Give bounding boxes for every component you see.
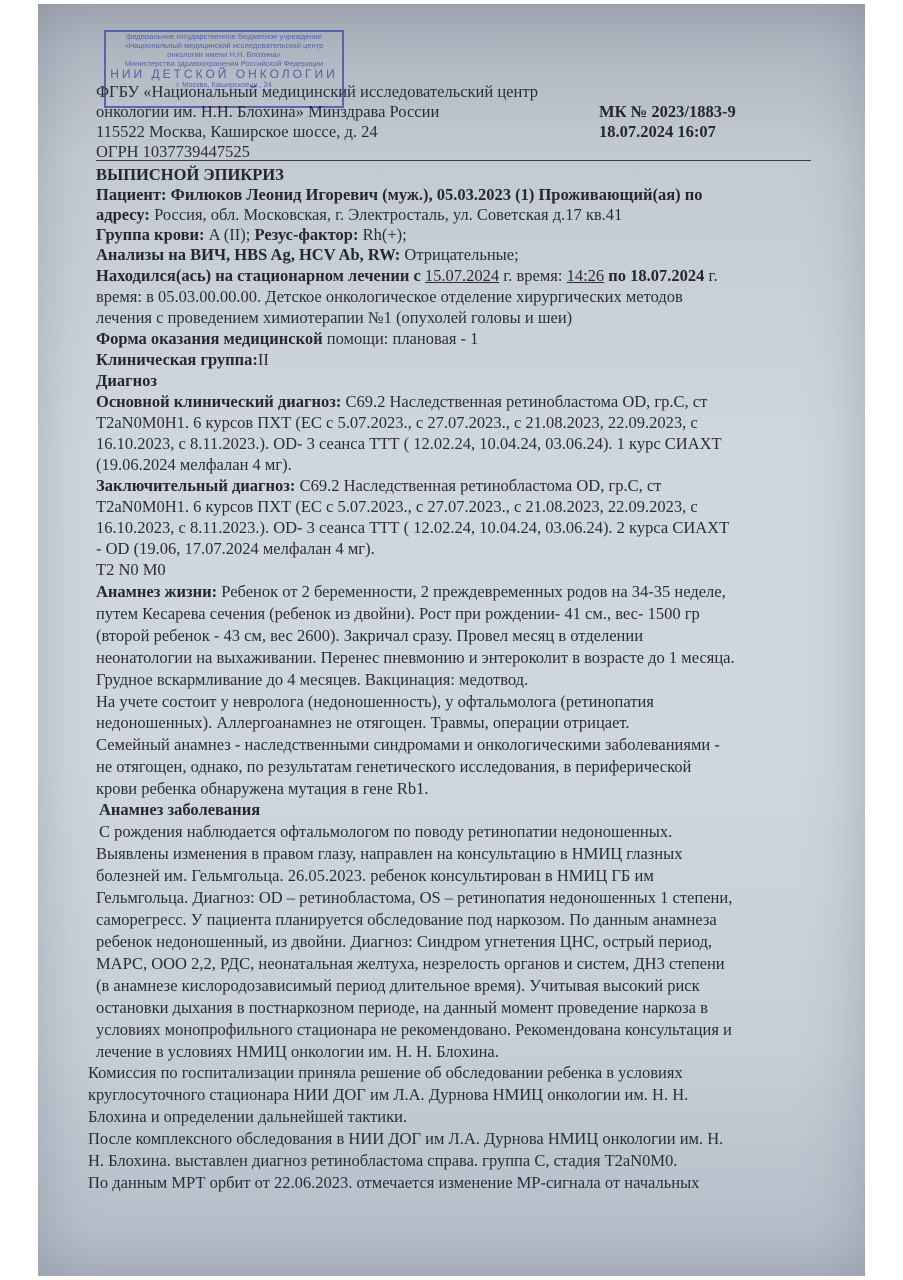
blood-label: Группа крови: (96, 225, 205, 244)
main-diagnosis-text: С69.2 Наследственная ретинобластома OD, … (341, 392, 707, 411)
org-name-line2: онкологии им. Н.Н. Блохина» Минздрава Ро… (96, 102, 439, 122)
stay-label: Находился(ась) на стационарном лечении с (96, 266, 421, 285)
life-history-text: крови ребенка обнаружена мутация в гене … (96, 779, 429, 799)
life-history-text: (второй ребенок - 43 см, вес 2600). Закр… (96, 626, 643, 646)
stamp-line: федеральное государственное бюджетное уч… (106, 32, 342, 41)
disease-history-text: Н. Блохина. выставлен диагноз ретиноблас… (88, 1151, 677, 1171)
care-form-line: Форма оказания медицинской помощи: плано… (96, 329, 478, 349)
life-history-text: не отягощен, однако, по результатам гене… (96, 757, 691, 777)
stay-line: Находился(ась) на стационарном лечении с… (96, 266, 718, 286)
final-diagnosis-text: С69.2 Наследственная ретинобластома OD, … (295, 476, 661, 495)
org-name-line1: ФГБУ «Национальный медицинский исследова… (96, 82, 538, 102)
final-diagnosis-label: Заключительный диагноз: (96, 476, 295, 495)
life-history-line: Анамнез жизни: Ребенок от 2 беременности… (96, 582, 726, 602)
org-ogrn: ОГРН 1037739447525 (96, 142, 250, 162)
stay-to-suffix: г. (704, 266, 717, 285)
address-value: Россия, обл. Московская, г. Электросталь… (150, 205, 622, 224)
disease-history-text: С рождения наблюдается офтальмологом по … (99, 822, 672, 842)
final-diagnosis-text: - OD (19.06, 17.07.2024 мелфалан 4 мг). (96, 539, 375, 559)
stay-time-label: г. время: (499, 266, 566, 285)
main-diagnosis-line: Основной клинический диагноз: С69.2 Насл… (96, 392, 707, 412)
disease-history-text: ребенок недоношенный, из двойни. Диагноз… (96, 932, 712, 952)
stay-from-time: 14:26 (567, 266, 605, 285)
life-history-label: Анамнез жизни: (96, 582, 217, 601)
org-address: 115522 Москва, Каширское шоссе, д. 24 (96, 122, 378, 142)
care-form-label: Форма оказания медицинской (96, 329, 323, 348)
final-diagnosis-text: 16.10.2023, с 8.11.2023.). OD- 3 сеанса … (96, 518, 729, 538)
blood-value: A (II); (205, 225, 251, 244)
disease-history-text: (в анамнезе кислородозависимый период дл… (96, 976, 700, 996)
main-diagnosis-label2: диагноз: (274, 392, 342, 411)
rh-value: Rh(+); (358, 225, 406, 244)
life-history-text: путем Кесарева сечения (ребенок из двойн… (96, 604, 700, 624)
blood-line: Группа крови: A (II); Резус-фактор: Rh(+… (96, 225, 407, 245)
life-history-text: Семейный анамнез - наследственными синдр… (96, 735, 720, 755)
stamp-line: онкологии имени Н.Н. Блохина» (106, 50, 342, 59)
disease-history-text: круглосуточного стационара НИИ ДОГ им Л.… (88, 1085, 688, 1105)
disease-history-text: Комиссия по госпитализации приняла решен… (88, 1063, 683, 1083)
diagnosis-heading: Диагноз (96, 371, 157, 391)
disease-history-text: болезней им. Гельмгольца. 26.05.2023. ре… (96, 866, 654, 886)
care-form-value: помощи: плановая - 1 (323, 329, 479, 348)
disease-history-text: условиях монопрофильного стационара не р… (96, 1020, 732, 1040)
life-history-text: недоношенных). Аллергоанамнез не отягоще… (96, 713, 630, 733)
stay-from-date: 15.07.2024 (425, 266, 499, 285)
document-datetime: 18.07.2024 16:07 (599, 122, 716, 142)
life-history-text: неонатологии на выхаживании. Перенес пне… (96, 648, 735, 668)
tests-label: Анализы на ВИЧ, HBS Ag, HCV Ab, RW: (96, 245, 400, 264)
main-diagnosis-text: (19.06.2024 мелфалан 4 мг). (96, 455, 292, 475)
disease-history-text: остановки дыхания в постнаркозном период… (96, 998, 708, 1018)
tests-line: Анализы на ВИЧ, HBS Ag, HCV Ab, RW: Отри… (96, 245, 519, 265)
stay-department-line1: время: в 05.03.00.00.00. Детское онколог… (96, 287, 683, 307)
final-diagnosis-text: T2aN0M0H1. 6 курсов ПХТ (ЕС с 5.07.2023.… (96, 497, 698, 517)
disease-history-text: МАРС, ООО 2,2, РДС, неонатальная желтуха… (96, 954, 725, 974)
disease-history-text: Гельмгольца. Диагноз: OD – ретинобластом… (96, 888, 732, 908)
patient-address-line: адресу: Россия, обл. Московская, г. Элек… (96, 205, 622, 225)
document-title: ВЫПИСНОЙ ЭПИКРИЗ (96, 165, 284, 185)
address-label: адресу: (96, 205, 150, 224)
patient-value: Филюков Леонид Игоревич (муж.), 05.03.20… (167, 185, 703, 204)
disease-history-text: Блохина и определении дальнейшей тактики… (88, 1107, 407, 1127)
disease-history-text: лечение в условиях НМИЦ онкологии им. Н.… (96, 1042, 499, 1062)
disease-history-text: саморегресс. У пациента планируется обсл… (96, 910, 717, 930)
medical-card-number: МК № 2023/1883-9 (599, 102, 736, 122)
stay-department-line2: лечения с проведением химиотерапии №1 (о… (96, 308, 572, 328)
life-history-text: На учете состоит у невролога (недоношенн… (96, 692, 654, 712)
clinical-group-value: II (258, 350, 269, 369)
disease-history-text: Выявлены изменения в правом глазу, напра… (96, 844, 682, 864)
life-history-text: Грудное вскармливание до 4 месяцев. Вакц… (96, 670, 528, 690)
disease-history-text: После комплексного обследования в НИИ ДО… (88, 1129, 723, 1149)
stamp-line: «Национальный медицинский исследовательс… (106, 41, 342, 50)
main-diagnosis-text: T2aN0M0H1. 6 курсов ПХТ (ЕС с 5.07.2023.… (96, 413, 698, 433)
main-diagnosis-text: 16.10.2023, с 8.11.2023.). OD- 3 сеанса … (96, 434, 722, 454)
stay-to-date: по 18.07.2024 (604, 266, 704, 285)
patient-line: Пациент: Филюков Леонид Игоревич (муж.),… (96, 185, 703, 205)
clinical-group-line: Клиническая группа:II (96, 350, 269, 370)
tests-value: Отрицательные; (400, 245, 518, 264)
header-divider (96, 160, 811, 161)
clinical-group-label: Клиническая группа: (96, 350, 258, 369)
life-history-text: Ребенок от 2 беременности, 2 преждевреме… (217, 582, 726, 601)
patient-label: Пациент: (96, 185, 167, 204)
disease-history-heading: Анамнез заболевания (99, 800, 260, 820)
main-diagnosis-label: Основной клинический (96, 392, 274, 411)
final-diagnosis-line: Заключительный диагноз: С69.2 Наследстве… (96, 476, 661, 496)
disease-history-text: По данным МРТ орбит от 22.06.2023. отмеч… (88, 1173, 699, 1193)
tnm-stage: T2 N0 M0 (96, 560, 166, 580)
rh-label: Резус-фактор: (250, 225, 358, 244)
